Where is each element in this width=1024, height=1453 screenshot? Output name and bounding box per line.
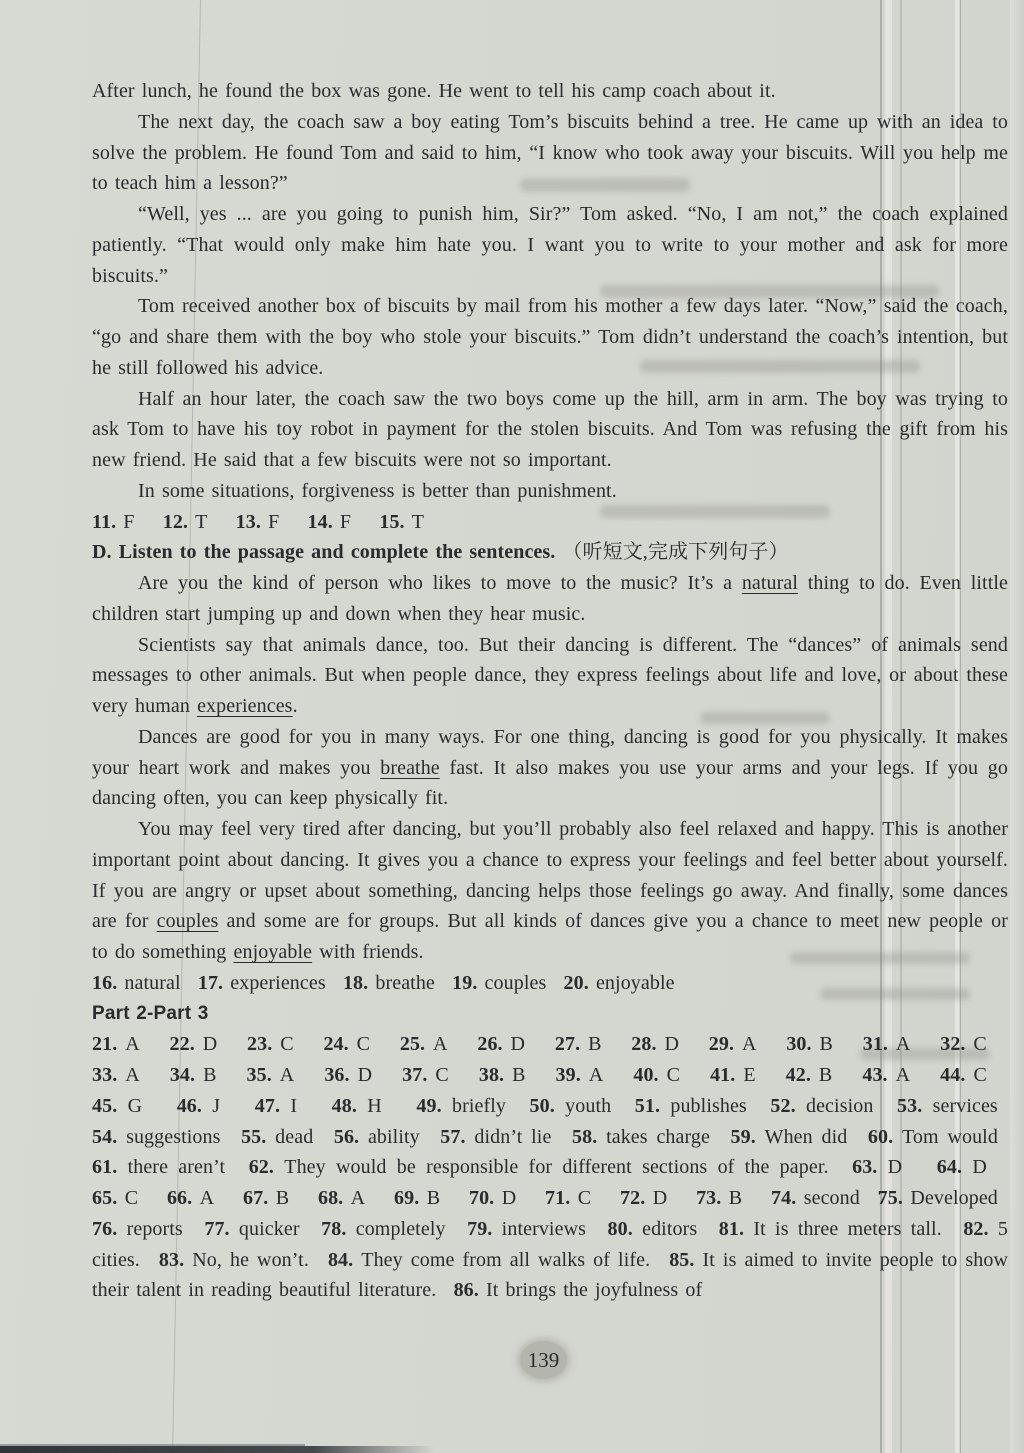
page-content: After lunch, he found the box was gone. … — [92, 76, 1008, 1306]
answer-number: 33. — [92, 1064, 117, 1086]
answer-value: It is three meters tall. — [744, 1218, 942, 1240]
answer-value: A — [117, 1033, 139, 1055]
answer-value: C — [966, 1033, 987, 1055]
answer-item: 74. second — [771, 1187, 860, 1209]
answer-value: Tom would — [893, 1126, 998, 1148]
answer-number: 62. — [249, 1156, 274, 1178]
answer-number: 61. — [92, 1156, 117, 1178]
answer-number: 40. — [633, 1064, 658, 1086]
underlined-answer-word: experiences — [197, 695, 293, 717]
text-segment: The next day, the coach saw a boy eating… — [92, 111, 1008, 195]
answer-item: 37. C — [402, 1064, 449, 1086]
answer-number: 53. — [897, 1095, 922, 1117]
answer-item: 69. B — [394, 1187, 440, 1209]
answer-number: 23. — [247, 1033, 272, 1055]
answer-value: A — [117, 1064, 140, 1086]
answer-item: 51. publishes — [635, 1095, 747, 1117]
answer-item: 40. C — [633, 1064, 680, 1086]
answer-number: 41. — [710, 1064, 735, 1086]
answer-number: 78. — [321, 1218, 346, 1240]
answer-item: 45. G — [92, 1095, 142, 1117]
answer-item: 67. B — [243, 1187, 289, 1209]
answer-number: 49. — [416, 1095, 441, 1117]
answer-value: D — [962, 1156, 987, 1178]
answer-number: 68. — [318, 1187, 343, 1209]
answer-value: A — [343, 1187, 365, 1209]
paragraph: In some situations, forgiveness is bette… — [92, 476, 1008, 507]
answer-number: 36. — [324, 1064, 349, 1086]
answer-number: 26. — [477, 1033, 502, 1055]
answer-value: ability — [359, 1126, 420, 1148]
answer-value: D — [195, 1033, 217, 1055]
answer-value: B — [811, 1064, 832, 1086]
answer-item: 42. B — [786, 1064, 833, 1086]
page-edge-highlight — [1010, 0, 1024, 1453]
underlined-answer-word: enjoyable — [234, 941, 313, 963]
answer-number: 59. — [731, 1126, 756, 1148]
answer-value: didn’t lie — [466, 1126, 552, 1148]
answer-number: 52. — [770, 1095, 795, 1117]
text-segment: In some situations, forgiveness is bette… — [138, 480, 617, 502]
answer-item: 43. A — [862, 1064, 910, 1086]
answer-item: 29. A — [709, 1033, 757, 1055]
answer-value: D — [877, 1156, 902, 1178]
answer-number: 71. — [545, 1187, 570, 1209]
answer-value: A — [272, 1064, 295, 1086]
answer-item: 84. They come from all walks of life. — [328, 1249, 650, 1271]
answer-item: 54. suggestions — [92, 1126, 221, 1148]
answer-value: When did — [756, 1126, 848, 1148]
answer-item: 47. I — [255, 1095, 297, 1117]
answer-value: C — [427, 1064, 448, 1086]
answer-value: C — [965, 1064, 986, 1086]
answer-item: 64. D — [937, 1156, 987, 1178]
answer-item: 23. C — [247, 1033, 294, 1055]
answer-value: couples — [477, 972, 546, 994]
answer-item: 44. C — [940, 1064, 987, 1086]
section-d-title-chinese: （听短文,完成下列句子） — [562, 541, 788, 563]
answer-number: 82. — [963, 1218, 988, 1240]
answer-value: C — [117, 1187, 138, 1209]
underlined-answer-word: breathe — [380, 757, 440, 779]
page-number-badge: 139 — [520, 1341, 567, 1379]
answer-value: B — [580, 1033, 601, 1055]
answer-number: 50. — [530, 1095, 555, 1117]
answer-item: 21. A — [92, 1033, 140, 1055]
answer-number: 57. — [440, 1126, 465, 1148]
answer-number: 73. — [696, 1187, 721, 1209]
answer-item: 73. B — [696, 1187, 742, 1209]
answer-value: suggestions — [117, 1126, 220, 1148]
answer-item: 59. When did — [731, 1126, 848, 1148]
text-segment: and some are for groups. But all kinds o… — [92, 910, 1008, 963]
answer-value: dead — [266, 1126, 313, 1148]
answer-number: 20. — [564, 972, 589, 994]
answer-value: They would be responsible for different … — [274, 1156, 829, 1178]
answer-value: experiences — [223, 972, 326, 994]
paragraph: After lunch, he found the box was gone. … — [92, 76, 1008, 107]
answer-value: completely — [346, 1218, 445, 1240]
answer-number: 27. — [555, 1033, 580, 1055]
answer-item: 66. A — [167, 1187, 214, 1209]
answer-number: 14. — [308, 511, 333, 533]
answer-item: 62. They would be responsible for differ… — [249, 1156, 829, 1178]
answer-number: 46. — [177, 1095, 202, 1117]
answer-value: interviews — [492, 1218, 586, 1240]
answer-number: 18. — [343, 972, 368, 994]
answer-value: D — [645, 1187, 667, 1209]
answer-value: No, he won’t. — [184, 1249, 309, 1271]
section-d-title: D. Listen to the passage and complete th… — [92, 541, 555, 563]
scan-edge-shadow — [0, 1446, 435, 1453]
answer-value: G — [117, 1095, 142, 1117]
answer-value: J — [202, 1095, 220, 1117]
answer-number: 39. — [556, 1064, 581, 1086]
answer-number: 65. — [92, 1187, 117, 1209]
answer-number: 45. — [92, 1095, 117, 1117]
answer-value: A — [734, 1033, 756, 1055]
answer-value: C — [349, 1033, 370, 1055]
answer-number: 66. — [167, 1187, 192, 1209]
answer-item: 39. A — [556, 1064, 604, 1086]
text-segment: . — [293, 695, 298, 717]
answer-item: 53. services — [897, 1095, 998, 1117]
answer-item: 30. B — [786, 1033, 833, 1055]
answer-item: 50. youth — [530, 1095, 612, 1117]
answer-value: D — [503, 1033, 525, 1055]
paragraph: Dances are good for you in many ways. Fo… — [92, 722, 1008, 814]
answer-item: 19. couples — [452, 972, 546, 994]
answer-item: 12. T — [163, 511, 208, 533]
answer-item: 55. dead — [241, 1126, 313, 1148]
answer-item: 27. B — [555, 1033, 602, 1055]
answer-item: 25. A — [400, 1033, 448, 1055]
answer-item: 79. interviews — [467, 1218, 586, 1240]
text-segment: Are you the kind of person who likes to … — [138, 572, 742, 594]
answer-number: 13. — [236, 511, 261, 533]
answer-value: quicker — [230, 1218, 300, 1240]
answer-value: A — [425, 1033, 447, 1055]
answer-value: youth — [555, 1095, 611, 1117]
answer-item: 77. quicker — [204, 1218, 299, 1240]
paragraph: “Well, yes ... are you going to punish h… — [92, 199, 1008, 291]
answer-item: 46. J — [177, 1095, 220, 1117]
answer-value: F — [261, 511, 279, 533]
part2-part3-heading: Part 2-Part 3 — [92, 999, 1008, 1030]
answer-item: 75. Developed — [878, 1187, 998, 1209]
answer-number: 55. — [241, 1126, 266, 1148]
answer-number: 30. — [786, 1033, 811, 1055]
answer-number: 86. — [454, 1279, 479, 1301]
listening-passage-d: Are you the kind of person who likes to … — [92, 568, 1008, 968]
answer-item: 14. F — [308, 511, 352, 533]
listening-passage-c: After lunch, he found the box was gone. … — [92, 76, 1008, 507]
answer-item: 18. breathe — [343, 972, 435, 994]
answer-number: 15. — [379, 511, 404, 533]
answer-item: 71. C — [545, 1187, 591, 1209]
answer-value: They come from all walks of life. — [353, 1249, 650, 1271]
answer-number: 47. — [255, 1095, 280, 1117]
answer-number: 19. — [452, 972, 477, 994]
answer-item: 16. natural — [92, 972, 181, 994]
answer-number: 42. — [786, 1064, 811, 1086]
answer-value: D — [657, 1033, 679, 1055]
answer-value: breathe — [368, 972, 435, 994]
answer-number: 84. — [328, 1249, 353, 1271]
answer-item: 61. there aren’t — [92, 1156, 225, 1178]
paragraph: Tom received another box of biscuits by … — [92, 291, 1008, 383]
answer-item: 72. D — [620, 1187, 667, 1209]
answer-number: 80. — [608, 1218, 633, 1240]
answer-value: C — [659, 1064, 680, 1086]
underlined-answer-word: natural — [742, 572, 798, 594]
text-segment: After lunch, he found the box was gone. … — [92, 80, 776, 102]
text-segment: Tom received another box of biscuits by … — [92, 295, 1008, 379]
answer-value: D — [350, 1064, 373, 1086]
answer-value: natural — [117, 972, 180, 994]
answer-number: 16. — [92, 972, 117, 994]
answers-11-15: 11. F 12. T 13. F 14. F 15. T — [92, 507, 1008, 538]
text-segment: Half an hour later, the coach saw the tw… — [92, 388, 1008, 472]
answer-number: 76. — [92, 1218, 117, 1240]
answer-number: 85. — [669, 1249, 694, 1271]
answer-number: 48. — [332, 1095, 357, 1117]
answer-item: 24. C — [323, 1033, 370, 1055]
answer-item: 22. D — [170, 1033, 218, 1055]
answer-number: 25. — [400, 1033, 425, 1055]
answer-value: A — [888, 1064, 911, 1086]
answer-item: 35. A — [247, 1064, 295, 1086]
answer-item: 26. D — [477, 1033, 525, 1055]
answer-item: 33. A — [92, 1064, 140, 1086]
answer-number: 79. — [467, 1218, 492, 1240]
paragraph: Half an hour later, the coach saw the tw… — [92, 384, 1008, 476]
answer-item: 32. C — [940, 1033, 987, 1055]
answer-value: E — [735, 1064, 755, 1086]
answer-item: 65. C — [92, 1187, 138, 1209]
answer-number: 43. — [862, 1064, 887, 1086]
answer-value: C — [570, 1187, 591, 1209]
answer-item: 68. A — [318, 1187, 365, 1209]
answer-value: T — [188, 511, 207, 533]
answer-number: 54. — [92, 1126, 117, 1148]
answer-item: 83. No, he won’t. — [159, 1249, 309, 1271]
answer-value: B — [721, 1187, 742, 1209]
answer-number: 63. — [852, 1156, 877, 1178]
answer-value: D — [494, 1187, 516, 1209]
answer-number: 11. — [92, 511, 116, 533]
answer-item: 31. A — [863, 1033, 911, 1055]
answer-value: C — [272, 1033, 293, 1055]
answer-value: A — [581, 1064, 604, 1086]
answer-value: there aren’t — [117, 1156, 225, 1178]
answer-number: 37. — [402, 1064, 427, 1086]
answer-item: 11. F — [92, 511, 135, 533]
answer-number: 35. — [247, 1064, 272, 1086]
answer-value: takes charge — [597, 1126, 710, 1148]
answer-value: B — [504, 1064, 525, 1086]
answer-number: 64. — [937, 1156, 962, 1178]
answer-value: B — [812, 1033, 833, 1055]
answer-number: 60. — [868, 1126, 893, 1148]
answer-value: reports — [117, 1218, 183, 1240]
answer-item: 56. ability — [334, 1126, 420, 1148]
answer-item: 38. B — [479, 1064, 526, 1086]
answer-number: 58. — [572, 1126, 597, 1148]
page-number: 139 — [528, 1348, 560, 1373]
answers-21-86: 21. A 22. D 23. C 24. C 25. A 26. D 27. … — [92, 1029, 1008, 1306]
answer-value: A — [888, 1033, 910, 1055]
answer-value: briefly — [442, 1095, 506, 1117]
answer-number: 22. — [170, 1033, 195, 1055]
answer-item: 49. briefly — [416, 1095, 506, 1117]
answer-number: 34. — [170, 1064, 195, 1086]
answer-item: 41. E — [710, 1064, 756, 1086]
answer-item: 60. Tom would — [868, 1126, 998, 1148]
answer-number: 74. — [771, 1187, 796, 1209]
text-segment: “Well, yes ... are you going to punish h… — [92, 203, 1008, 287]
answer-number: 56. — [334, 1126, 359, 1148]
answer-value: B — [268, 1187, 289, 1209]
answer-item: 52. decision — [770, 1095, 873, 1117]
answer-number: 21. — [92, 1033, 117, 1055]
paragraph: The next day, the coach saw a boy eating… — [92, 107, 1008, 199]
answer-number: 24. — [323, 1033, 348, 1055]
paragraph: You may feel very tired after dancing, b… — [92, 814, 1008, 968]
answer-value: services — [922, 1095, 998, 1117]
answer-value: A — [192, 1187, 214, 1209]
paragraph: Are you the kind of person who likes to … — [92, 568, 1008, 630]
answers-16-20: 16. natural 17. experiences 18. breathe … — [92, 968, 1008, 999]
answer-value: decision — [796, 1095, 874, 1117]
answer-number: 17. — [198, 972, 223, 994]
underlined-answer-word: couples — [157, 910, 219, 932]
answer-number: 72. — [620, 1187, 645, 1209]
answer-number: 67. — [243, 1187, 268, 1209]
answer-item: 86. It brings the joyfulness of — [454, 1279, 703, 1301]
section-d-heading: D. Listen to the passage and complete th… — [92, 537, 1008, 568]
answer-value: B — [195, 1064, 216, 1086]
answer-number: 38. — [479, 1064, 504, 1086]
answer-number: 81. — [719, 1218, 744, 1240]
answer-item: 81. It is three meters tall. — [719, 1218, 942, 1240]
answer-item: 28. D — [631, 1033, 679, 1055]
answer-number: 75. — [878, 1187, 903, 1209]
answer-number: 51. — [635, 1095, 660, 1117]
answer-item: 63. D — [852, 1156, 902, 1178]
answer-item: 36. D — [324, 1064, 372, 1086]
answer-value: I — [280, 1095, 297, 1117]
answer-value: Developed — [903, 1187, 998, 1209]
paragraph: Scientists say that animals dance, too. … — [92, 630, 1008, 722]
answer-value: B — [419, 1187, 440, 1209]
answer-value: F — [333, 511, 351, 533]
answer-item: 80. editors — [608, 1218, 698, 1240]
answer-number: 28. — [631, 1033, 656, 1055]
answer-item: 70. D — [469, 1187, 516, 1209]
answer-item: 17. experiences — [198, 972, 326, 994]
answer-number: 32. — [940, 1033, 965, 1055]
answer-item: 57. didn’t lie — [440, 1126, 551, 1148]
answer-value: second — [796, 1187, 860, 1209]
answer-number: 77. — [204, 1218, 229, 1240]
answer-item: 34. B — [170, 1064, 217, 1086]
scanned-page: After lunch, he found the box was gone. … — [0, 0, 1024, 1453]
answer-value: It brings the joyfulness of — [479, 1279, 702, 1301]
answer-value: enjoyable — [589, 972, 675, 994]
answer-number: 83. — [159, 1249, 184, 1271]
answer-item: 78. completely — [321, 1218, 445, 1240]
answer-item: 58. takes charge — [572, 1126, 710, 1148]
answer-value: editors — [633, 1218, 697, 1240]
answer-value: publishes — [660, 1095, 747, 1117]
answer-value: T — [405, 511, 424, 533]
answer-value: F — [116, 511, 134, 533]
answer-number: 70. — [469, 1187, 494, 1209]
answer-number: 44. — [940, 1064, 965, 1086]
answer-item: 15. T — [379, 511, 424, 533]
answer-item: 48. H — [332, 1095, 382, 1117]
answer-number: 31. — [863, 1033, 888, 1055]
answer-value: H — [357, 1095, 382, 1117]
answer-item: 76. reports — [92, 1218, 183, 1240]
answer-number: 69. — [394, 1187, 419, 1209]
answer-item: 20. enjoyable — [564, 972, 675, 994]
answer-number: 29. — [709, 1033, 734, 1055]
answer-number: 12. — [163, 511, 188, 533]
text-segment: with friends. — [312, 941, 424, 963]
answer-item: 13. F — [236, 511, 280, 533]
